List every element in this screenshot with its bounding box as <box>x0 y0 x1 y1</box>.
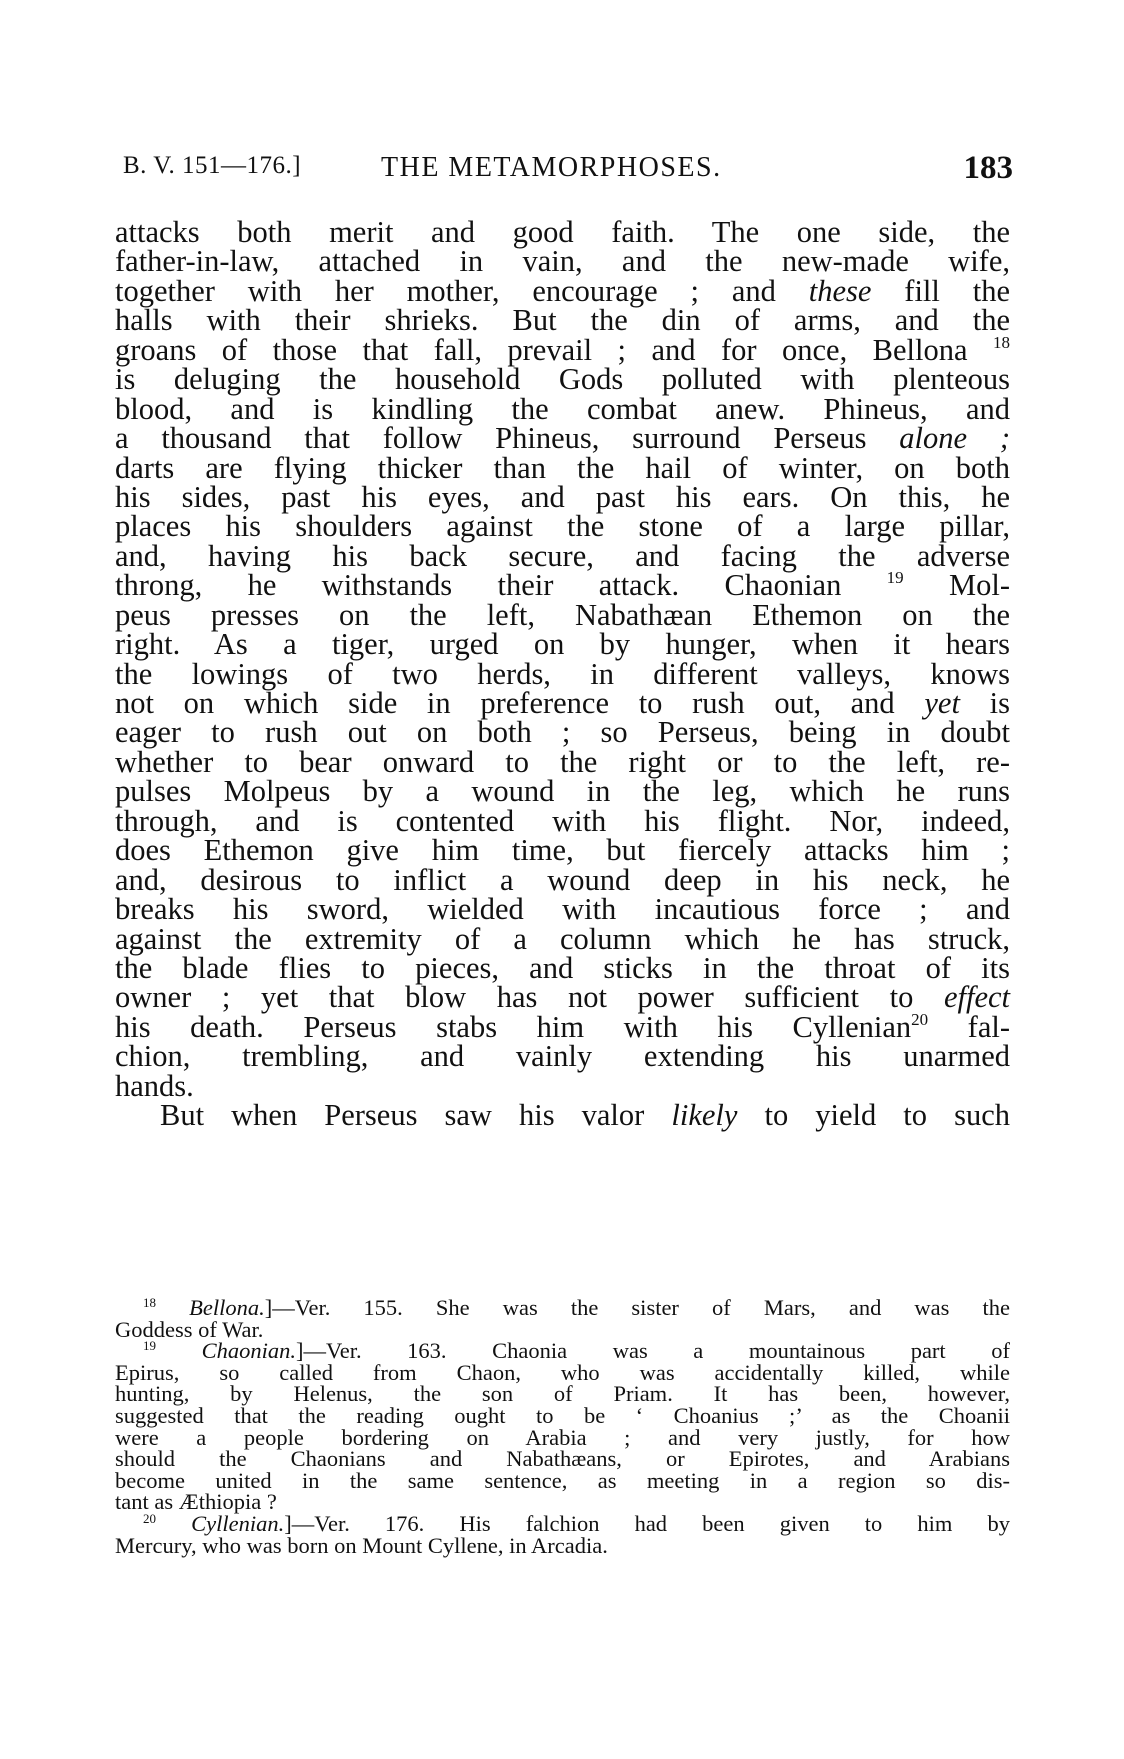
text: But when Perseus saw his valor <box>160 1098 671 1132</box>
footnote-line: 20 Cyllenian.]—Ver. 176. His falchion ha… <box>115 1513 1010 1535</box>
body-line: throng, he withstands their attack. Chao… <box>115 571 1010 600</box>
footnote-ref: 20 <box>143 1511 156 1526</box>
body-line: does Ethemon give him time, but fiercely… <box>115 836 1010 865</box>
footnote-line: Epirus, so called from Chaon, who was ac… <box>115 1362 1010 1384</box>
footnote-ref: 20 <box>911 1010 928 1029</box>
running-title: THE METAMORPHOSES. <box>381 152 722 184</box>
footnote-line: Mercury, who was born on Mount Cyllene, … <box>115 1535 1010 1557</box>
body-line: peus presses on the left, Nabathæan Ethe… <box>115 601 1010 630</box>
body-line: through, and is contented with his fligh… <box>115 807 1010 836</box>
body-line: whether to bear onward to the right or t… <box>115 748 1010 777</box>
footnote-ref: 18 <box>993 333 1010 352</box>
footnotes: 18 Bellona.]—Ver. 155. She was the siste… <box>115 1297 1010 1556</box>
body-line: groans of those that fall, prevail ; and… <box>115 336 1010 365</box>
body-line: halls with their shrieks. But the din of… <box>115 306 1010 335</box>
footnote-ref: 19 <box>887 568 904 587</box>
body-line: right. As a tiger, urged on by hunger, w… <box>115 630 1010 659</box>
text: Mercury, who was born on Mount Cyllene, … <box>115 1533 608 1558</box>
body-line: the blade flies to pieces, and sticks in… <box>115 954 1010 983</box>
body-line: is deluging the household Gods polluted … <box>115 365 1010 394</box>
body-line: a thousand that follow Phineus, surround… <box>115 424 1010 453</box>
footnote-line: 18 Bellona.]—Ver. 155. She was the siste… <box>115 1297 1010 1319</box>
page-header: B. V. 151—176.] THE METAMORPHOSES. 183 <box>123 152 1013 192</box>
text: chion, trembling, and vainly extending h… <box>115 1039 1010 1073</box>
book-page: B. V. 151—176.] THE METAMORPHOSES. 183 a… <box>0 0 1124 1759</box>
footnote-line: tant as Æthiopia ? <box>115 1491 1010 1513</box>
body-line: the lowings of two herds, in different v… <box>115 660 1010 689</box>
body-line: not on which side in preference to rush … <box>115 689 1010 718</box>
footnote-ref: 19 <box>143 1338 156 1353</box>
italic-text: likely <box>671 1098 737 1132</box>
page-number: 183 <box>964 150 1014 187</box>
footnote-line: hunting, by Helenus, the son of Priam. I… <box>115 1383 1010 1405</box>
body-line: against the extremity of a column which … <box>115 925 1010 954</box>
body-line: darts are flying thicker than the hail o… <box>115 454 1010 483</box>
body-line: breaks his sword, wielded with incautiou… <box>115 895 1010 924</box>
body-line: and, desirous to inflict a wound deep in… <box>115 866 1010 895</box>
body-line: attacks both merit and good faith. The o… <box>115 218 1010 247</box>
body-line: father-in-law, attached in vain, and the… <box>115 247 1010 276</box>
text: to yield to such <box>737 1098 1010 1132</box>
body-line: But when Perseus saw his valor likely to… <box>115 1101 1010 1130</box>
body-line: hands. <box>115 1072 1010 1101</box>
body-line: pulses Molpeus by a wound in the leg, wh… <box>115 777 1010 806</box>
body-line: his sides, past his eyes, and past his e… <box>115 483 1010 512</box>
body-line: owner ; yet that blow has not power suff… <box>115 983 1010 1012</box>
body-line: places his shoulders against the stone o… <box>115 512 1010 541</box>
footnote-line: 19 Chaonian.]—Ver. 163. Chaonia was a mo… <box>115 1340 1010 1362</box>
body-line: chion, trembling, and vainly extending h… <box>115 1042 1010 1071</box>
footnote-line: were a people bordering on Arabia ; and … <box>115 1427 1010 1449</box>
footnote-line: become united in the same sentence, as m… <box>115 1470 1010 1492</box>
body-line: together with her mother, encourage ; an… <box>115 277 1010 306</box>
body-line: his death. Perseus stabs him with his Cy… <box>115 1013 1010 1042</box>
body-line: and, having his back secure, and facing … <box>115 542 1010 571</box>
body-line: blood, and is kindling the combat anew. … <box>115 395 1010 424</box>
footnote-line: should the Chaonians and Nabathæans, or … <box>115 1448 1010 1470</box>
footnote-line: suggested that the reading ought to be ‘… <box>115 1405 1010 1427</box>
body-text: attacks both merit and good faith. The o… <box>115 218 1010 1131</box>
footnote-line: Goddess of War. <box>115 1319 1010 1341</box>
running-head: B. V. 151—176.] <box>123 152 301 180</box>
footnote-ref: 18 <box>143 1295 156 1310</box>
body-line: eager to rush out on both ; so Perseus, … <box>115 718 1010 747</box>
text: ]—Ver. 155. She was the sister of Mars, … <box>265 1295 1010 1320</box>
